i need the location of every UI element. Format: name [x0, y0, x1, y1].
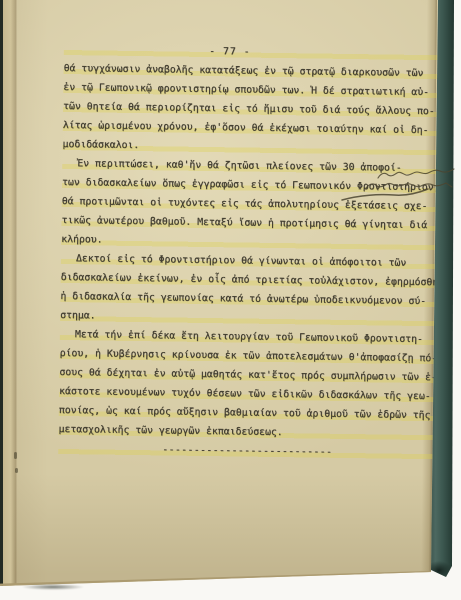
typewritten-text-block: - 77 - θά τυγχάνωσιν ἀναβολῆς κατατάξεως… [58, 40, 442, 463]
crease-mark [14, 452, 17, 459]
ink-scribble-icon [336, 162, 458, 204]
section-separator: --------------------------- [58, 439, 436, 463]
handwritten-annotation [336, 162, 458, 204]
page-gutter-fold [3, 0, 17, 592]
document-page: - 77 - θά τυγχάνωσιν ἀναβολῆς κατατάξεως… [0, 0, 440, 592]
scanned-document-photo: - 77 - θά τυγχάνωσιν ἀναβολῆς κατατάξεως… [0, 0, 461, 600]
crease-mark [15, 468, 18, 473]
bottom-edge-smudge [22, 584, 84, 590]
